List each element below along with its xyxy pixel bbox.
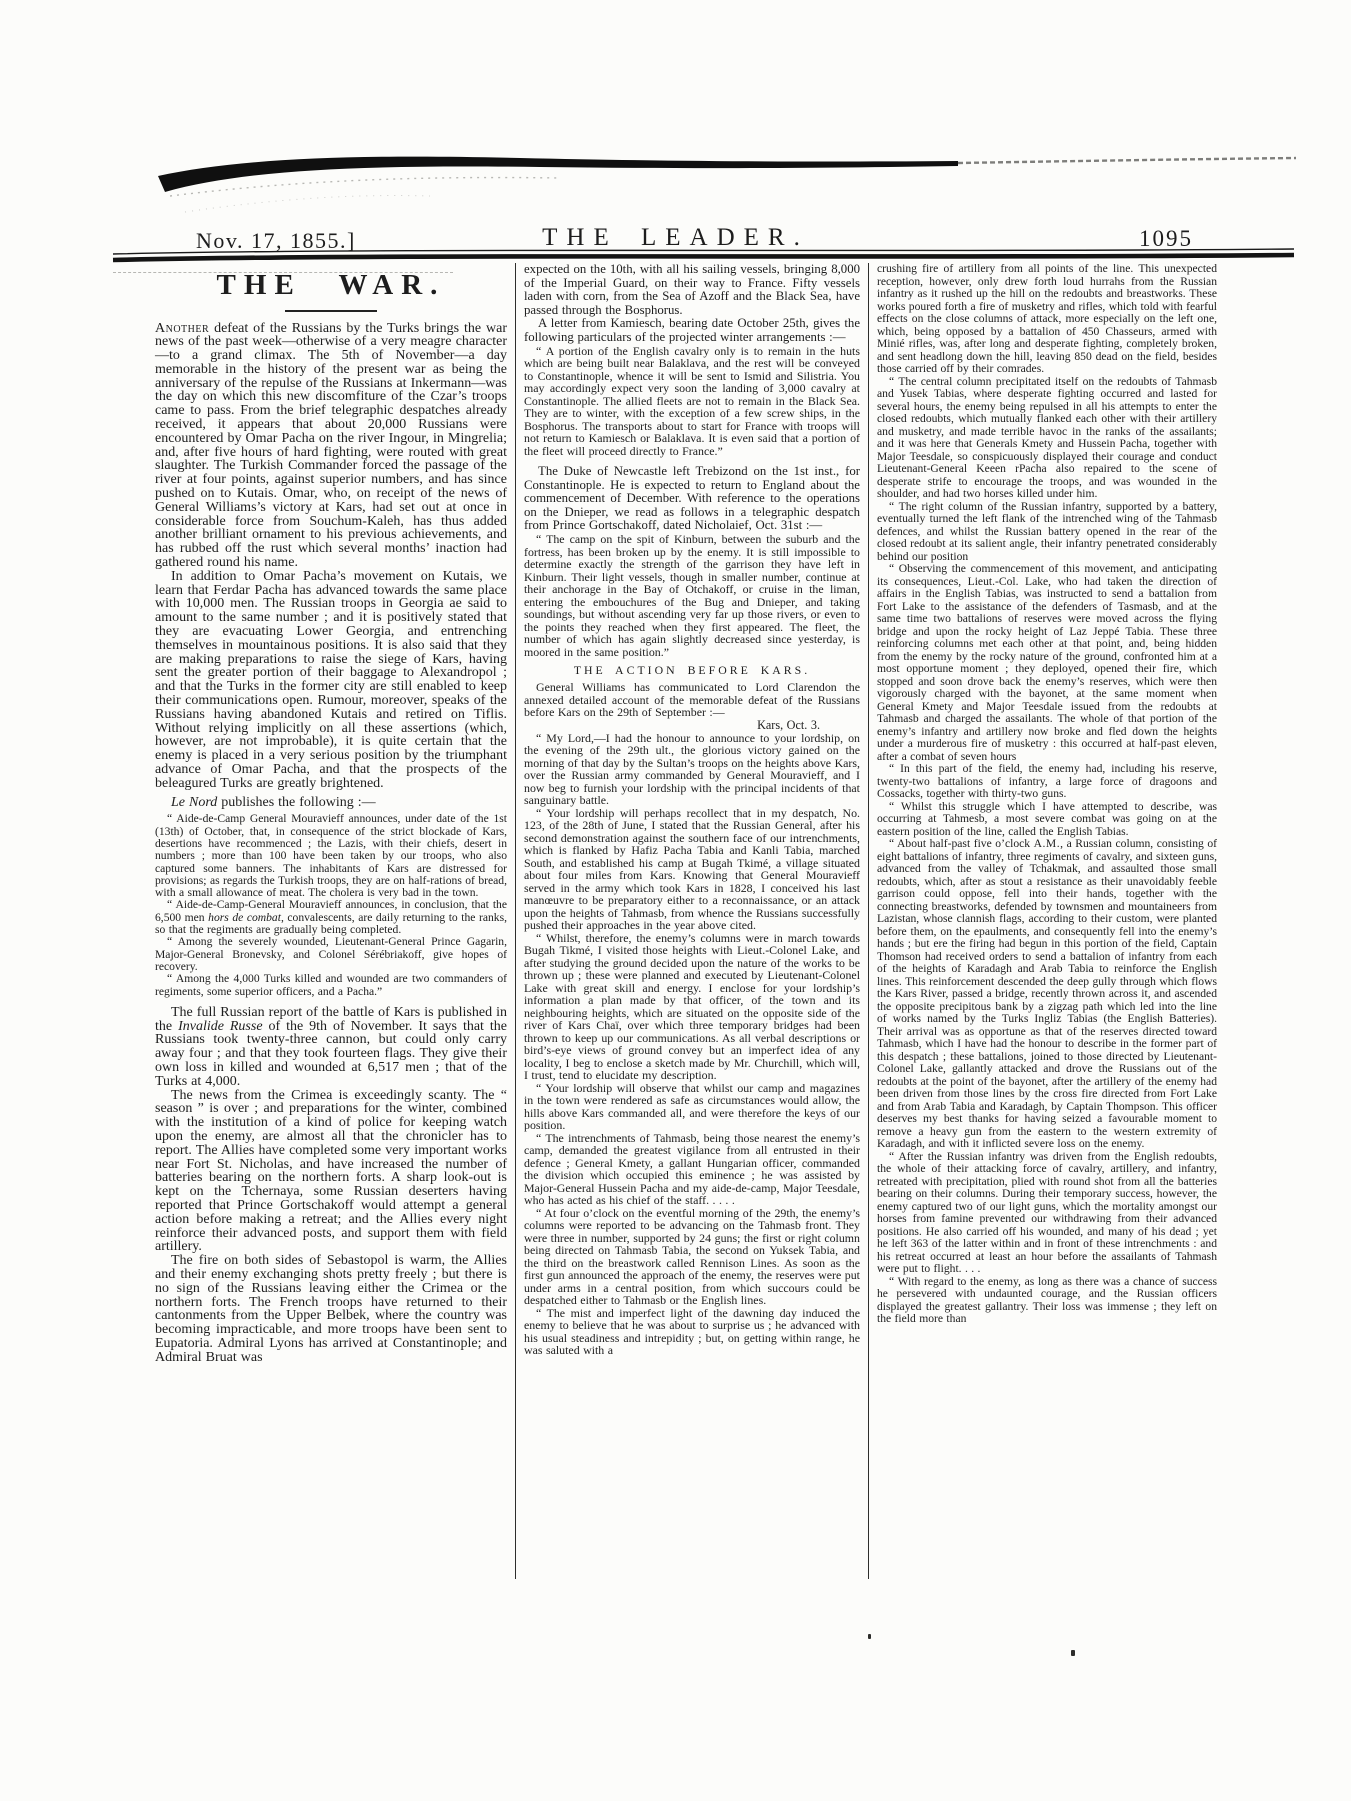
quote-paragraph: “ The camp on the spit of Kinburn, betwe… [524,533,860,658]
quote-paragraph: “ Whilst this struggle which I have atte… [877,801,1217,839]
quote-paragraph: “ Observing the commencement of this mov… [877,563,1217,763]
article-title: THE WAR. [155,269,507,312]
quote-paragraph: “ After the Russian infantry was driven … [877,1151,1217,1276]
quote-paragraph: “ Whilst, therefore, the enemy’s columns… [524,932,860,1082]
quote-paragraph: “ Your lordship will perhaps recollect t… [524,807,860,932]
continuation-paragraph: crushing fire of artillery from all poin… [877,263,1217,376]
masthead: Nov. 17, 1855.] THE LEADER. 1095 [0,222,1351,258]
quote-paragraph: “ About half-past five o’clock A.M., a R… [877,838,1217,1151]
quote-paragraph: “ Your lordship will observe that whilst… [524,1082,860,1132]
quote-paragraph: “ The central column precipitated itself… [877,376,1217,501]
quote-paragraph: “ Aide-de-Camp General Mouravieff announ… [155,813,507,899]
column-left: THE WAR.Another defeat of the Russians b… [155,263,507,1365]
paragraph: The full Russian report of the battle of… [155,1006,507,1089]
quote-paragraph: “ With regard to the enemy, as long as t… [877,1276,1217,1326]
column-middle: expected on the 10th, with all his saili… [524,263,860,1357]
quote-paragraph: General Williams has communicated to Lor… [524,681,860,719]
newspaper-page: Nov. 17, 1855.] THE LEADER. 1095 THE WAR… [0,0,1351,1801]
quote-paragraph: “ The intrenchments of Tahmasb, being th… [524,1132,860,1207]
masthead-page-number: 1095 [1139,226,1193,252]
scan-speck [1071,1650,1075,1656]
dateline: Kars, Oct. 3. [524,719,860,732]
quote-paragraph: “ My Lord,—I had the honour to announce … [524,732,860,807]
continuation-paragraph: Another defeat of the Russians by the Tu… [155,322,507,570]
top-scan-swoosh-decoration [0,100,1351,240]
paragraph: The Duke of Newcastle left Trebizond on … [524,465,860,533]
quote-paragraph: “ Among the 4,000 Turks killed and wound… [155,973,507,998]
quote-paragraph: “ The mist and imperfect light of the da… [524,1307,860,1357]
quote-paragraph: “ Aide-de-Camp-General Mouravieff announ… [155,899,507,936]
quote-paragraph: “ At four o’clock on the eventful mornin… [524,1207,860,1307]
quote-paragraph: “ The right column of the Russian infant… [877,501,1217,564]
quote-paragraph: “ Among the severely wounded, Lieutenant… [155,936,507,973]
column-right: crushing fire of artillery from all poin… [877,263,1217,1326]
paragraph: The fire on both sides of Sebastopol is … [155,1254,507,1364]
paragraph: The news from the Crimea is exceedingly … [155,1089,507,1255]
continuation-paragraph: expected on the 10th, with all his saili… [524,263,860,317]
intro-line: Le Nord publishes the following :— [155,796,507,810]
scan-speck [868,1634,871,1639]
article-columns: THE WAR.Another defeat of the Russians b… [155,263,1217,1579]
column-rule-left [515,263,516,1579]
quote-paragraph: “ In this part of the field, the enemy h… [877,763,1217,801]
paragraph: A letter from Kamiesch, bearing date Oct… [524,317,860,344]
section-subhead: THE ACTION BEFORE KARS. [524,663,860,678]
paragraph: In addition to Omar Pacha’s movement on … [155,570,507,791]
quote-paragraph: “ A portion of the English cavalry only … [524,345,860,458]
column-rule-right [868,263,869,1579]
